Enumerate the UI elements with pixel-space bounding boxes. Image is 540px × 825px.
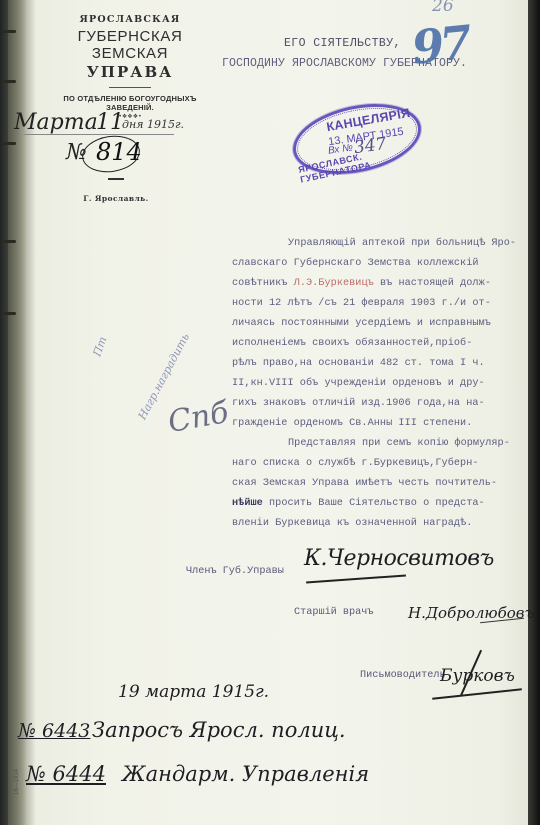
member-label: Членъ Губ.Управы (186, 566, 284, 577)
body-line: Управляющій аптекой при больницѣ Яро- (232, 234, 532, 254)
number-value: 814 (96, 138, 142, 166)
letter-body: Управляющій аптекой при больницѣ Яро- сл… (232, 234, 532, 534)
letterhead: ЯРОСЛАВСКАЯ ГУБЕРНСКАЯ ЗЕМСКАЯ УПРАВА ПО… (40, 14, 220, 120)
binding-stitch (2, 240, 16, 243)
binding-stitch (2, 80, 16, 83)
body-line: ности 12 лѣтъ /съ 21 февраля 1903 г./и о… (232, 294, 532, 314)
signature-flourish (306, 575, 406, 584)
body-text: въ настоящей долж- (380, 278, 491, 289)
binding-stitch (2, 30, 16, 33)
body-line: личаясь постоянными усердіемъ и исправны… (232, 314, 532, 334)
document-page: ЯРОСЛАВСКАЯ ГУБЕРНСКАЯ ЗЕМСКАЯ УПРАВА ПО… (0, 0, 540, 825)
body-line: вленіи Буркевица къ означенной наградѣ. (232, 514, 532, 534)
addressee-line1: ЕГО СІЯТЕЛЬСТВУ, (284, 37, 401, 50)
margin-note-a: Пт (90, 335, 109, 358)
folio-blue-number: 97 (409, 15, 470, 75)
signature-flourish (432, 688, 522, 699)
body-line: гражденіе орденомъ Св.Анны III степени. (232, 414, 532, 434)
body-line: нѣйше просить Ваше Сіятельство о предста… (232, 494, 532, 514)
body-line: славскаго Губернскаго Земства коллежскій (232, 254, 532, 274)
doctor-label: Старшій врачъ (294, 607, 373, 618)
date-suffix: дня 1915г. (122, 118, 184, 131)
margin-note-c: Спб (165, 395, 231, 440)
body-text: просить Ваше Сіятельство о предста- (269, 498, 485, 509)
city-line: Г. Ярославль. (56, 178, 176, 205)
entry1-number-text: № 6443 (18, 720, 90, 742)
chancellery-stamp: КАНЦЕЛЯРІЯ 13. МАРТ 1915 Вх № 347 ЯРОСЛА… (292, 106, 422, 172)
body-line: Представляя при семъ копію формуляр- (232, 434, 532, 454)
body-text: совѣтникъ (232, 278, 287, 289)
registry-entry1-text: Запросъ Яросл. полиц. (92, 718, 346, 742)
member-signature: К.Черносвитовъ (304, 546, 494, 571)
letterhead-line1: ЯРОСЛАВСКАЯ (40, 14, 220, 25)
letterhead-rule (109, 87, 151, 88)
letter-number: № 814 (66, 134, 136, 174)
body-text: нѣйше (232, 498, 263, 509)
binding-stitch (2, 142, 16, 145)
number-sign: № (66, 140, 87, 165)
registry-date: 19 марта 1915г. (118, 682, 269, 702)
printer-mark: 16—1914 (14, 769, 20, 795)
registry-entry1-number: № 6443 (18, 720, 90, 742)
binding-stitch (2, 312, 16, 315)
letterhead-line3: УПРАВА (40, 63, 220, 81)
folio-pencil-number: 26 (432, 0, 454, 16)
employee-name: Л.Э.Буркевицъ (294, 278, 374, 289)
binding-edge (0, 0, 8, 825)
body-line: наго списка о службѣ г.Буркевицъ,Губерн- (232, 454, 532, 474)
city-rule (108, 178, 124, 180)
entry2-number-text: № 6444 (26, 762, 106, 786)
body-line: гихъ знаковъ отличій изд.1906 года,на на… (232, 394, 532, 414)
registry-entry2-number: № 6444 (26, 762, 106, 786)
clerk-label: Письмоводитель (360, 670, 446, 681)
body-line: рѣлъ право,на основаніи 482 ст. тома I ч… (232, 354, 532, 374)
body-line: исполненіемъ своихъ обязанностей,пріоб- (232, 334, 532, 354)
city-name: Г. Ярославль. (83, 194, 148, 203)
body-line: совѣтникъ Л.Э.Буркевицъ въ настоящей дол… (232, 274, 532, 294)
letterhead-line2: ГУБЕРНСКАЯ ЗЕМСКАЯ (40, 28, 220, 62)
registry-entry2-text: Жандарм. Управленія (122, 762, 369, 786)
body-line: II,кн.VIII объ учрежденіи орденовъ и дру… (232, 374, 532, 394)
date-month: Марта (14, 110, 98, 135)
body-line: ская Земская Управа имѣетъ честь почтите… (232, 474, 532, 494)
date-day: 11 (96, 110, 124, 135)
clerk-signature: Бурковъ (440, 666, 515, 686)
